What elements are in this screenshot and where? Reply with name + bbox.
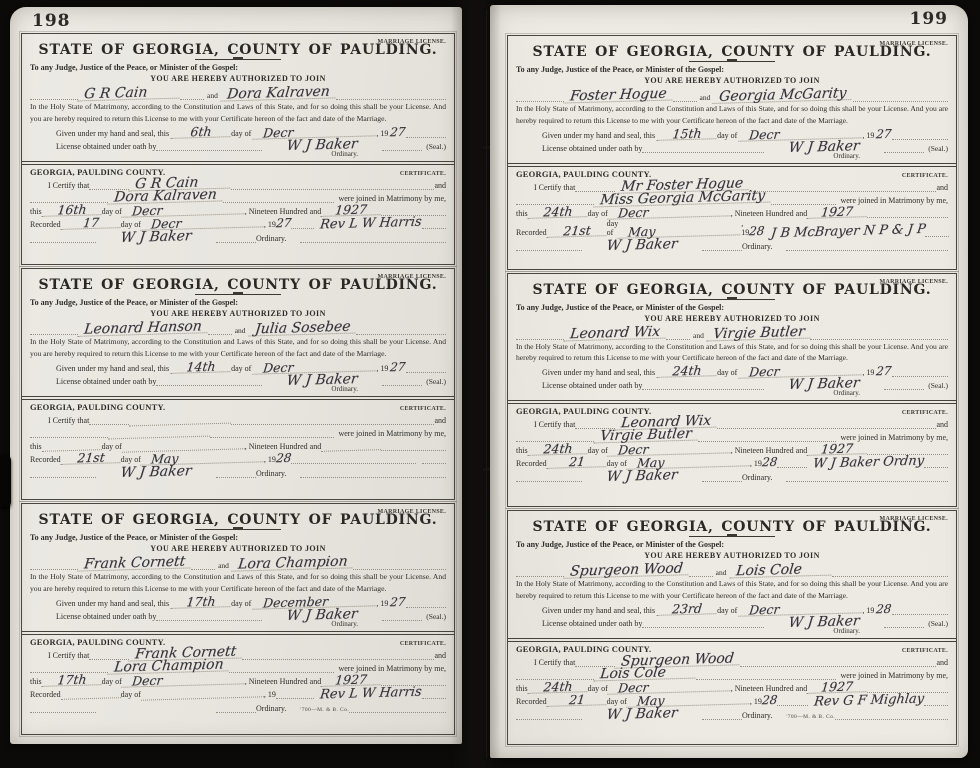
joined-label: were joined in Matrimony by me, [840, 196, 948, 205]
salutation-line: To any Judge, Justice of the Peace, or M… [30, 298, 446, 307]
recorded-month-handwriting: May [618, 223, 742, 238]
printer-mark: '700—M. & B. Co. [786, 714, 835, 720]
ordinary-signature-line: W J Baker Ordinary. [516, 238, 948, 251]
page-left-content: MARRIAGE LICENSE. STATE OF GEORGIA, COUN… [21, 33, 455, 735]
dotted-rule [642, 617, 764, 628]
and-label: and [218, 561, 229, 570]
ordinary-signature-line: W J Baker Ordinary. '700—M. & B. Co. [516, 707, 948, 720]
dotted-rule [356, 324, 446, 335]
marriage-date-line: this 17th day of Decr , Nineteen Hundred… [30, 674, 446, 686]
dotted-rule [422, 218, 446, 229]
minister-signature-handwriting: J B McBrayer N P & J P [770, 223, 926, 238]
this-label: this [516, 209, 528, 218]
dotted-rule [210, 427, 334, 438]
oath-line: License obtained under oath by W J Baker… [30, 609, 446, 621]
given-prefix-label: Given under my hand and seal, this [542, 131, 655, 140]
names-line: Leonard Wix and Virgie Butler [516, 325, 948, 340]
cert-year-handwriting: 1927 [807, 442, 868, 456]
seal-label: (Seal.) [928, 619, 948, 628]
book-edge-tab [0, 455, 11, 507]
license-body-text: In the Holy State of Matrimony, accordin… [30, 336, 446, 360]
bride-name-handwriting: Georgia McGarity [713, 88, 854, 104]
oath-line: License obtained under oath by W J Baker… [30, 139, 446, 151]
dotted-rule [777, 695, 808, 706]
day-of-label: day of [607, 459, 627, 468]
binding-stitch [483, 146, 490, 149]
page-number-right: 199 [910, 9, 949, 29]
nineteen-hundred-label: , Nineteen Hundred and [245, 207, 321, 216]
this-label: this [30, 442, 42, 451]
day-of-label: day of [607, 697, 627, 706]
license-record-block: MARRIAGE LICENSE. STATE OF GEORGIA, COUN… [507, 273, 957, 508]
year-prefix-label: , 19 [264, 690, 276, 699]
given-prefix-label: Given under my hand and seal, this [542, 368, 655, 377]
given-day-handwriting: 6th [170, 125, 231, 139]
certify-line: I Certify that G R Cain and [30, 178, 446, 190]
cert-year-handwriting: 1927 [321, 673, 382, 687]
groom-name-handwriting: Leonard Wix [563, 326, 666, 341]
cert-ordinary-signature-handwriting: W J Baker [95, 465, 216, 479]
marriage-date-line: this day of , Nineteen Hundred and [30, 439, 446, 451]
dotted-rule [382, 140, 422, 151]
cert-ordinary-signature-handwriting [96, 711, 216, 714]
page-number-left: 198 [32, 11, 71, 31]
cert-ordinary-signature-handwriting: W J Baker [95, 230, 216, 244]
ordinary-caption-row: Ordinary. [30, 151, 446, 159]
ordinary-signature-line: W J Baker Ordinary. [516, 469, 948, 482]
certificate-label: CERTIFICATE. [902, 648, 948, 654]
license-record-block: MARRIAGE LICENSE. STATE OF GEORGIA, COUN… [507, 510, 957, 745]
dotted-rule [156, 140, 262, 151]
recorded-year-handwriting: 28 [761, 695, 778, 706]
dotted-rule [702, 471, 742, 482]
day-of-label: day of [588, 446, 608, 455]
cert-year-handwriting: 1927 [321, 203, 382, 217]
given-prefix-label: Given under my hand and seal, this [56, 599, 169, 608]
block-heading: STATE OF GEORGIA, COUNTY OF PAULDING. [516, 519, 948, 535]
book-page-right: 199 MARRIAGE LICENSE. STATE OF GEORGIA, … [490, 5, 968, 758]
given-date-line: Given under my hand and seal, this 6th d… [30, 126, 446, 138]
dotted-rule [740, 656, 936, 667]
seal-label: (Seal.) [426, 377, 446, 386]
license-body-text: In the Holy State of Matrimony, accordin… [30, 571, 446, 595]
dotted-rule [30, 89, 78, 100]
cert-day-handwriting: 24th [527, 205, 588, 219]
dotted-rule [786, 471, 948, 482]
oath-label: License obtained under oath by [542, 144, 642, 153]
given-prefix-label: Given under my hand and seal, this [56, 129, 169, 138]
dotted-rule [89, 649, 129, 660]
county-header-label: GEORGIA, PAULDING COUNTY. [30, 637, 165, 647]
authorize-line: YOU ARE HEREBY AUTHORIZED TO JOIN [30, 74, 446, 83]
given-day-handwriting: 15th [656, 127, 717, 141]
salutation-line: To any Judge, Justice of the Peace, or M… [30, 63, 446, 72]
dotted-rule [382, 375, 422, 386]
dotted-rule [666, 329, 690, 340]
day-of-label: day of [121, 690, 141, 699]
dotted-rule [89, 414, 129, 425]
dotted-rule [216, 702, 256, 713]
dotted-rule [884, 379, 924, 390]
dotted-rule [30, 559, 78, 570]
seal-label: (Seal.) [928, 144, 948, 153]
dotted-rule [832, 566, 948, 577]
oath-line: License obtained under oath by W J Baker… [30, 374, 446, 386]
year-prefix-label: , 19 [750, 459, 762, 468]
dotted-rule [689, 566, 713, 577]
ordinary-label: Ordinary. [256, 469, 286, 478]
certificate-header: GEORGIA, PAULDING COUNTY. CERTIFICATE. [30, 402, 446, 412]
given-day-handwriting: 23rd [656, 602, 717, 616]
dotted-rule [810, 329, 948, 340]
and-label: and [207, 91, 218, 100]
day-of-label: day of [102, 207, 122, 216]
this-label: this [516, 446, 528, 455]
minister-signature-handwriting: Rev L W Harris [320, 686, 423, 700]
dotted-rule [30, 192, 108, 203]
given-year-handwriting: 28 [876, 604, 893, 615]
dotted-rule [242, 649, 434, 660]
dotted-rule [884, 142, 924, 153]
minister-signature-handwriting: Rev G F Mighlay [813, 693, 924, 707]
oath-line: License obtained under oath by W J Baker… [516, 378, 948, 390]
bride-name-handwriting: Lora Champion [231, 556, 354, 571]
dotted-rule [516, 566, 564, 577]
recorded-line: Recorded 21 day of May , 19 28 W J Baker… [516, 456, 948, 468]
recorded-line: Recorded 17 day of Decr , 19 27 Rev L W … [30, 217, 446, 229]
nineteen-hundred-label: , Nineteen Hundred and [245, 677, 321, 686]
recorded-year-handwriting: 27 [275, 217, 292, 228]
heading-ornament [689, 299, 775, 300]
certify-label: I Certify that [48, 181, 89, 190]
block-heading: STATE OF GEORGIA, COUNTY OF PAULDING. [30, 512, 446, 528]
license-record-block: MARRIAGE LICENSE. STATE OF GEORGIA, COUN… [21, 33, 455, 265]
dotted-rule [156, 375, 262, 386]
day-of-label: day of [717, 368, 737, 377]
certify-line: I Certify that Frank Cornett and [30, 648, 446, 660]
seal-label: (Seal.) [426, 142, 446, 151]
certify-label: I Certify that [534, 420, 575, 429]
ordinary-label: Ordinary. [742, 711, 772, 720]
year-prefix-label: , 19 [264, 455, 276, 464]
dotted-rule [892, 366, 948, 377]
oath-label: License obtained under oath by [542, 619, 642, 628]
ordinary-caption-row: Ordinary. [30, 386, 446, 394]
section-divider [22, 396, 454, 400]
this-label: this [30, 677, 42, 686]
cert-bride-handwriting: Lora Champion [107, 659, 230, 674]
dotted-rule [406, 597, 446, 608]
seal-label: (Seal.) [928, 381, 948, 390]
county-header-label: GEORGIA, PAULDING COUNTY. [516, 169, 651, 179]
oath-line: License obtained under oath by W J Baker… [516, 616, 948, 628]
marriage-date-line: this 24th day of Decr , Nineteen Hundred… [516, 206, 948, 218]
day-of-label: day of [231, 129, 251, 138]
certificate-header: GEORGIA, PAULDING COUNTY. CERTIFICATE. [30, 167, 446, 177]
day-of-label: day of [607, 219, 619, 237]
dotted-rule [892, 604, 948, 615]
year-prefix-label: , 19 [376, 129, 388, 138]
recorded-line: Recorded 21st day of May , 19 28 [30, 452, 446, 464]
dotted-rule [276, 688, 315, 699]
given-day-handwriting: 14th [170, 360, 231, 374]
cert-bride-line: Virgie Butler were joined in Matrimony b… [516, 430, 948, 442]
recorded-label: Recorded [30, 455, 61, 464]
cert-bride-line: Dora Kalraven were joined in Matrimony b… [30, 191, 446, 203]
dotted-rule [749, 181, 936, 192]
this-label: this [516, 684, 528, 693]
page-right-content: MARRIAGE LICENSE. STATE OF GEORGIA, COUN… [507, 35, 957, 745]
oath-label: License obtained under oath by [56, 142, 156, 151]
and-label: and [936, 183, 948, 192]
year-prefix-label: , 19 [862, 368, 874, 377]
names-line: Spurgeon Wood and Lois Cole [516, 562, 948, 577]
dotted-rule [300, 467, 446, 478]
ordinary-caption-row: Ordinary. [30, 621, 446, 629]
day-of-label: day of [231, 364, 251, 373]
dotted-rule [924, 457, 948, 468]
recorded-year-handwriting: 28 [749, 225, 766, 236]
dotted-rule [231, 179, 434, 190]
certify-line: I Certify that and [30, 413, 446, 425]
certificate-label: CERTIFICATE. [400, 171, 446, 177]
given-year-handwriting: 27 [390, 361, 407, 372]
section-divider [22, 161, 454, 165]
and-label: and [936, 420, 948, 429]
ordinary-caption-row: Ordinary. [516, 628, 948, 636]
year-prefix-label: , 19 [862, 131, 874, 140]
dotted-rule [216, 467, 256, 478]
recorded-year-handwriting: 28 [275, 452, 292, 463]
dotted-rule [300, 232, 446, 243]
names-line: Frank Cornett and Lora Champion [30, 555, 446, 570]
ordinary-caption-row: Ordinary. [516, 153, 948, 161]
dotted-rule [575, 181, 615, 192]
joined-label: were joined in Matrimony by me, [338, 429, 446, 438]
dotted-rule [867, 207, 948, 218]
heading-ornament [195, 294, 281, 295]
dotted-rule [382, 610, 422, 621]
recorded-line: Recorded day of , 19 Rev L W Harris [30, 687, 446, 699]
ordinary-signature-line: W J Baker Ordinary. [30, 230, 446, 243]
certify-label: I Certify that [48, 651, 89, 660]
cert-bride-line: Lora Champion were joined in Matrimony b… [30, 661, 446, 673]
heading-ornament [195, 59, 281, 60]
dotted-rule [30, 467, 96, 478]
authorize-line: YOU ARE HEREBY AUTHORIZED TO JOIN [516, 314, 948, 323]
dotted-rule [884, 617, 924, 628]
salutation-line: To any Judge, Justice of the Peace, or M… [30, 533, 446, 542]
year-prefix-label: , 19 [376, 364, 388, 373]
given-prefix-label: Given under my hand and seal, this [56, 364, 169, 373]
names-line: Foster Hogue and Georgia McGarity [516, 87, 948, 102]
license-body-text: In the Holy State of Matrimony, accordin… [516, 578, 948, 602]
bride-name-handwriting: Dora Kalraven [220, 86, 336, 101]
names-line: Leonard Hanson and Julia Sosebee [30, 320, 446, 335]
salutation-line: To any Judge, Justice of the Peace, or M… [516, 540, 948, 549]
ordinary-label: Ordinary. [256, 704, 286, 713]
cert-bride-line: were joined in Matrimony by me, [30, 426, 446, 438]
recorded-day-handwriting: 21st [60, 451, 121, 465]
seal-label: (Seal.) [426, 612, 446, 621]
dotted-rule [30, 232, 96, 243]
dotted-rule [516, 329, 564, 340]
groom-name-handwriting: Foster Hogue [563, 88, 673, 103]
cert-month-handwriting: Decr [121, 202, 245, 217]
dotted-rule [30, 662, 108, 673]
dotted-rule [516, 91, 564, 102]
recorded-day-handwriting: 21st [546, 224, 607, 238]
dotted-rule [642, 379, 764, 390]
dotted-rule [89, 179, 129, 190]
recorded-label: Recorded [30, 690, 61, 699]
given-date-line: Given under my hand and seal, this 24th … [516, 365, 948, 377]
bride-name-handwriting: Julia Sosebee [248, 321, 357, 336]
binding-stitch [483, 468, 490, 471]
cert-year-handwriting: 1927 [807, 680, 868, 694]
given-year-handwriting: 27 [390, 126, 407, 137]
and-label: and [434, 181, 446, 190]
authorize-line: YOU ARE HEREBY AUTHORIZED TO JOIN [516, 551, 948, 560]
day-of-label: day of [588, 684, 608, 693]
and-label: and [700, 93, 711, 102]
cert-bride-handwriting: Dora Kalraven [107, 189, 223, 204]
dotted-rule [698, 431, 837, 442]
license-body-text: In the Holy State of Matrimony, accordin… [516, 341, 948, 365]
salutation-line: To any Judge, Justice of the Peace, or M… [516, 303, 948, 312]
recorded-day-handwriting: 21 [546, 455, 607, 469]
license-record-block: MARRIAGE LICENSE. STATE OF GEORGIA, COUN… [21, 268, 455, 500]
day-of-label: day of [231, 599, 251, 608]
dotted-rule [229, 662, 334, 673]
dotted-rule [291, 453, 416, 464]
section-divider [22, 631, 454, 635]
printer-mark: '700—M. & B. Co. [300, 707, 349, 713]
certify-label: I Certify that [534, 658, 575, 667]
cert-ordinary-signature-handwriting: W J Baker [581, 238, 702, 252]
given-year-handwriting: 27 [390, 596, 407, 607]
given-prefix-label: Given under my hand and seal, this [542, 606, 655, 615]
joined-label: were joined in Matrimony by me, [840, 671, 948, 680]
year-prefix-label: , 19 [376, 599, 388, 608]
nineteen-hundred-label: , Nineteen Hundred and [245, 442, 321, 451]
given-date-line: Given under my hand and seal, this 17th … [30, 596, 446, 608]
dotted-rule [191, 559, 215, 570]
oath-label: License obtained under oath by [56, 377, 156, 386]
cert-ordinary-signature-handwriting: W J Baker [581, 707, 702, 721]
section-divider [508, 638, 956, 642]
day-of-label: day of [717, 131, 737, 140]
and-label: and [716, 568, 727, 577]
cert-day-handwriting: 17th [41, 673, 102, 687]
nineteen-hundred-label: , Nineteen Hundred and [731, 209, 807, 218]
heading-ornament [689, 536, 775, 537]
certificate-label: CERTIFICATE. [400, 406, 446, 412]
joined-label: were joined in Matrimony by me, [840, 433, 948, 442]
given-date-line: Given under my hand and seal, this 14th … [30, 361, 446, 373]
section-divider [508, 400, 956, 404]
dotted-rule [642, 142, 764, 153]
groom-name-handwriting: Leonard Hanson [77, 321, 208, 337]
block-heading: STATE OF GEORGIA, COUNTY OF PAULDING. [516, 44, 948, 60]
dotted-rule [406, 127, 446, 138]
dotted-rule [223, 192, 335, 203]
dotted-rule [516, 471, 582, 482]
cert-ordinary-signature-handwriting: W J Baker [581, 470, 702, 484]
dotted-rule [516, 709, 582, 720]
book-page-left: 198 MARRIAGE LICENSE. STATE OF GEORGIA, … [10, 7, 462, 744]
dotted-rule [702, 240, 742, 251]
bride-name-handwriting: Lois Cole [729, 564, 832, 579]
year-prefix-label: , 19 [862, 606, 874, 615]
dotted-rule [30, 324, 78, 335]
oath-line: License obtained under oath by W J Baker… [516, 141, 948, 153]
day-of-label: day of [121, 220, 141, 229]
dotted-rule [853, 91, 948, 102]
cert-month-handwriting: Decr [607, 204, 731, 219]
oath-label: License obtained under oath by [542, 381, 642, 390]
dotted-rule [216, 232, 256, 243]
authorize-line: YOU ARE HEREBY AUTHORIZED TO JOIN [30, 544, 446, 553]
dotted-rule [673, 91, 697, 102]
dotted-rule [30, 427, 108, 438]
dotted-rule [406, 362, 446, 373]
day-of-label: day of [121, 455, 141, 464]
given-day-handwriting: 24th [656, 364, 717, 378]
ordinary-signature-line: Ordinary. '700—M. & B. Co. [30, 700, 446, 713]
minister-signature-handwriting: W J Baker Ordny [812, 456, 924, 470]
cert-month-handwriting: Decr [607, 679, 731, 694]
block-heading: STATE OF GEORGIA, COUNTY OF PAULDING. [30, 42, 446, 58]
dotted-rule [156, 610, 262, 621]
and-label: and [235, 326, 246, 335]
dotted-rule [30, 702, 96, 713]
dotted-rule [336, 89, 446, 100]
certify-line: I Certify that Spurgeon Wood and [516, 655, 948, 667]
recorded-label: Recorded [516, 228, 547, 237]
oath-label: License obtained under oath by [56, 612, 156, 621]
certify-label: I Certify that [534, 183, 575, 192]
given-day-handwriting: 17th [170, 595, 231, 609]
recorded-label: Recorded [516, 459, 547, 468]
and-label: and [434, 651, 446, 660]
given-year-handwriting: 27 [876, 128, 893, 139]
dotted-rule [702, 709, 742, 720]
dotted-rule [422, 688, 446, 699]
certify-line: I Certify that Leonard Wix and [516, 417, 948, 429]
ordinary-caption-row: Ordinary. [516, 390, 948, 398]
groom-name-handwriting: G R Cain [77, 87, 180, 102]
dotted-rule [771, 194, 837, 205]
dotted-rule [696, 669, 836, 680]
dotted-rule [786, 240, 948, 251]
given-date-line: Given under my hand and seal, this 15th … [516, 128, 948, 140]
license-body-text: In the Holy State of Matrimony, accordin… [516, 103, 948, 127]
recorded-line: Recorded 21st day of May , 19 28 J B McB… [516, 219, 948, 237]
dotted-rule [231, 414, 434, 425]
groom-name-handwriting: Frank Cornett [77, 556, 191, 571]
recorded-line: Recorded 21 day of May , 19 28 Rev G F M… [516, 694, 948, 706]
cert-bride-line: Miss Georgia McGarity were joined in Mat… [516, 193, 948, 205]
ordinary-signature-line: W J Baker Ordinary. [30, 465, 446, 478]
marriage-date-line: this 16th day of Decr , Nineteen Hundred… [30, 204, 446, 216]
ordinary-label: Ordinary. [742, 242, 772, 251]
salutation-line: To any Judge, Justice of the Peace, or M… [516, 65, 948, 74]
license-record-block: MARRIAGE LICENSE. STATE OF GEORGIA, COUN… [507, 35, 957, 270]
ordinary-label: Ordinary. [256, 234, 286, 243]
bride-name-handwriting: Virgie Butler [706, 326, 811, 341]
dotted-rule [291, 218, 314, 229]
